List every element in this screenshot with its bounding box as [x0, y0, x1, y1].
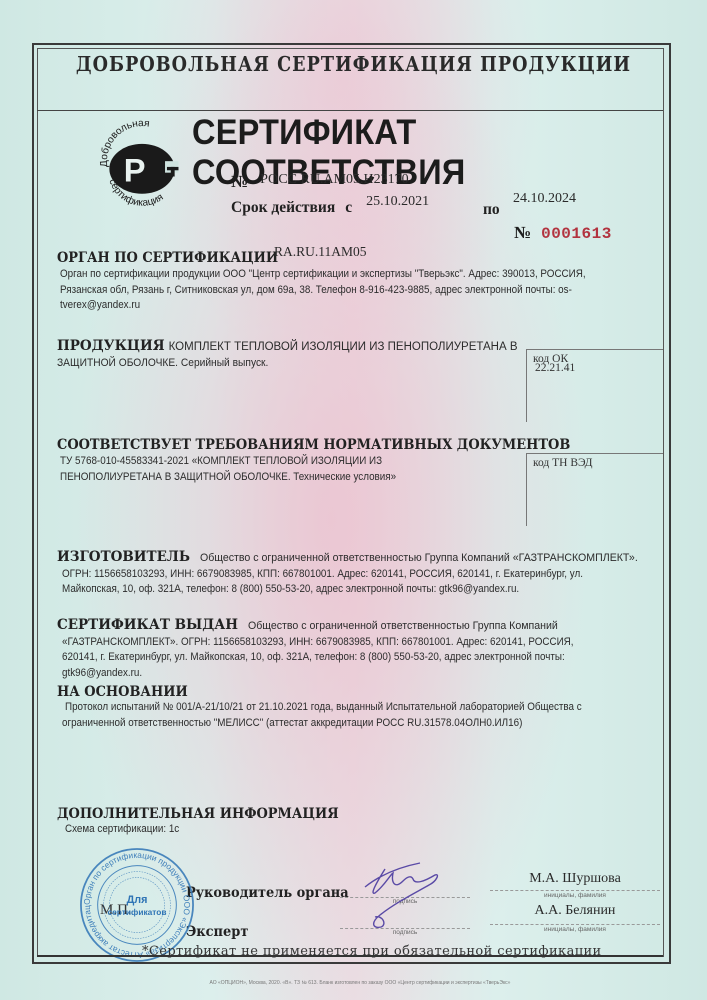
stamp-center-line2: сертификатов — [108, 907, 167, 917]
svg-text:P: P — [124, 151, 146, 188]
issued-to-line4: gtk96@yandex.ru. — [62, 666, 653, 682]
printer-info: АО «ОПЦИОН», Москва, 2020. «В». ТЗ № 613… — [100, 980, 620, 986]
valid-to-date: 24.10.2024 — [513, 191, 576, 207]
head-name-line — [490, 890, 660, 891]
validity-from-label: с — [345, 199, 352, 216]
validity-to-label: по — [483, 201, 500, 219]
expert-name-line — [490, 924, 660, 925]
expert-name: А.А. Белянин — [490, 903, 660, 919]
compliance-title: СООТВЕТСТВУЕТ ТРЕБОВАНИЯМ НОРМАТИВНЫХ ДО… — [57, 437, 570, 453]
product-line2: ЗАЩИТНОЙ ОБОЛОЧКЕ. Серийный выпуск. — [57, 356, 485, 372]
certificate-number: РОСС RU.AM05.H23170 — [260, 172, 409, 187]
basis-title: НА ОСНОВАНИИ — [57, 684, 671, 700]
head-name: М.А. Шуршова — [490, 871, 660, 887]
additional-info-title: ДОПОЛНИТЕЛЬНАЯ ИНФОРМАЦИЯ — [57, 806, 339, 822]
product-title: ПРОДУКЦИЯ — [57, 338, 165, 354]
basis-section: НА ОСНОВАНИИ Протокол испытаний № 001/А-… — [57, 684, 697, 731]
expert-name-caption: инициалы, фамилия — [490, 926, 660, 933]
head-label: Руководитель органа — [186, 885, 349, 901]
issued-to-line1: Общество с ограниченной ответственностью… — [248, 620, 558, 632]
manufacturer-line3: Майкопская, 10, оф. 321А, телефон: 8 (80… — [62, 582, 653, 598]
tnved-code-box: код ТН ВЭД — [526, 453, 663, 526]
certification-body-title: ОРГАН ПО СЕРТИФИКАЦИИ — [57, 250, 278, 266]
manufacturer-line1: Общество с ограниченной ответственностью… — [200, 552, 638, 564]
issued-to-title: СЕРТИФИКАТ ВЫДАН — [57, 617, 238, 633]
certification-body-details: Орган по сертификации продукции ООО "Цен… — [60, 267, 674, 314]
valid-from-date: 25.10.2021 — [366, 194, 429, 209]
head-name-caption: инициалы, фамилия — [490, 892, 660, 899]
number-row: № РОСС RU.AM05.H23170 — [231, 172, 409, 192]
top-title: ДОБРОВОЛЬНАЯ СЕРТИФИКАЦИЯ ПРОДУКЦИИ — [49, 52, 657, 76]
okpd-code-value: 22.21.41 — [535, 362, 657, 374]
manufacturer-line2: ОГРН: 1156658103293, ИНН: 6679083985, КП… — [62, 567, 694, 583]
basis-line1: Протокол испытаний № 001/А-21/10/21 от 2… — [65, 700, 697, 716]
serial-number: 0001613 — [541, 225, 612, 243]
footer-rule — [37, 955, 663, 957]
certification-scheme: Схема сертификации: 1с — [65, 822, 330, 838]
tnved-code-label: код ТН ВЭД — [533, 457, 657, 469]
issued-to-section: СЕРТИФИКАТ ВЫДАН Общество с ограниченной… — [57, 616, 697, 681]
stamp-center-line1: Для — [127, 894, 148, 906]
number-label: № — [231, 172, 248, 191]
serial-label: № — [514, 223, 531, 242]
issued-to-line3: 620141, г. Екатеринбург, ул. Майкопская,… — [62, 650, 694, 666]
text-line: tverex@yandex.ru — [60, 298, 674, 314]
certification-body-code: RA.RU.11AM05 — [274, 244, 367, 260]
serial-row: № 0001613 — [514, 223, 612, 243]
header-divider — [37, 110, 663, 111]
validity-label: Срок действия — [231, 199, 335, 216]
okpd-code-box: код ОК 22.21.41 — [526, 349, 663, 422]
compliance-line2: ПЕНОПОЛИУРЕТАНА В ЗАЩИТНОЙ ОБОЛОЧКЕ. Тех… — [60, 470, 554, 486]
product-section: ПРОДУКЦИЯ КОМПЛЕКТ ТЕПЛОВОЙ ИЗОЛЯЦИИ ИЗ … — [57, 337, 518, 371]
basis-line2: ограниченной ответственностью "МЕЛИСС" (… — [62, 716, 694, 732]
rst-logo-icon: Добровольная P сертификация — [94, 117, 190, 213]
compliance-line1: ТУ 5768-010-45583341-2021 «КОМПЛЕКТ ТЕПЛ… — [60, 454, 554, 470]
handwritten-signature-icon — [345, 855, 475, 935]
manufacturer-section: ИЗГОТОВИТЕЛЬ Общество с ограниченной отв… — [57, 548, 697, 598]
additional-info-section: ДОПОЛНИТЕЛЬНАЯ ИНФОРМАЦИЯ Схема сертифик… — [57, 806, 350, 838]
text-line: Рязанская обл, Рязань г, Ситниковская ул… — [60, 283, 674, 299]
compliance-section: СООТВЕТСТВУЕТ ТРЕБОВАНИЯМ НОРМАТИВНЫХ ДО… — [57, 437, 592, 485]
issued-to-line2: «ГАЗТРАНСКОМПЛЕКТ». ОГРН: 1156658103293,… — [62, 635, 694, 651]
manufacturer-title: ИЗГОТОВИТЕЛЬ — [57, 549, 190, 565]
validity-row: Срок действия с 25.10.2021 — [231, 199, 429, 217]
text-line: Орган по сертификации продукции ООО "Цен… — [60, 267, 674, 283]
product-line1: КОМПЛЕКТ ТЕПЛОВОЙ ИЗОЛЯЦИИ ИЗ ПЕНОПОЛИУР… — [169, 341, 518, 353]
certification-body-section: ОРГАН ПО СЕРТИФИКАЦИИ RA.RU.11AM05 Орган… — [57, 246, 667, 314]
